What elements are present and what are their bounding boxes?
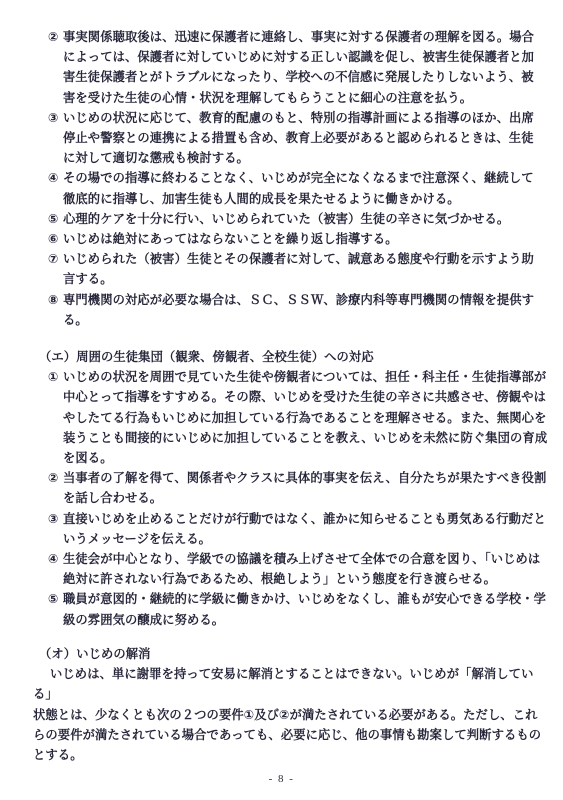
item-text: 直接いじめを止めることだけが行動ではなく、誰かに知らせることも勇気ある行動だと …: [63, 509, 553, 549]
item-text: いじめの状況に応じて、教育的配慮のもと、特別の指導計画による指導のほか、出席 停…: [63, 108, 553, 169]
item-text: その場での指導に終わることなく、いじめが完全になくなるまで注意深く、継続して 徹…: [63, 168, 553, 208]
document-page: ② 事実関係聴取後は、迅速に保護者に連絡し、事実に対する保護者の理解を図る。場合…: [0, 0, 563, 800]
numbered-list-section-e: ① いじめの状況を周囲で見ていた生徒や傍観者については、担任・科主任・生徒指導部…: [0, 367, 563, 630]
numbered-list-top: ② 事実関係聴取後は、迅速に保護者に連絡し、事実に対する保護者の理解を図る。場合…: [0, 27, 563, 330]
list-item: ⑤ 職員が意図的・継続的に学級に働きかけ、いじめをなくし、誰もが安心できる学校・…: [0, 589, 563, 629]
item-text: いじめられた（被害）生徒とその保護者に対して、誠意ある態度や行動を示すよう助 言…: [63, 249, 553, 289]
item-text: 事実関係聴取後は、迅速に保護者に連絡し、事実に対する保護者の理解を図る。場合 に…: [63, 27, 553, 108]
section-heading-o: （オ）いじめの解消: [0, 644, 563, 664]
item-number: ①: [48, 367, 63, 468]
list-item: ④ 生徒会が中心となり、学級での協議を積み上げさせて全体での合意を図り、「いじめ…: [0, 549, 563, 589]
item-text: 専門機関の対応が必要な場合は、ＳＣ、ＳＳＷ、診療内科等専門機関の情報を提供す る…: [63, 290, 553, 330]
item-text: 職員が意図的・継続的に学級に働きかけ、いじめをなくし、誰もが安心できる学校・学 …: [63, 589, 553, 629]
item-number: ⑥: [48, 229, 63, 249]
item-text: いじめは絶対にあってはならないことを繰り返し指導する。: [63, 229, 553, 249]
list-item: ② 事実関係聴取後は、迅速に保護者に連絡し、事実に対する保護者の理解を図る。場合…: [0, 27, 563, 108]
list-item: ① いじめの状況を周囲で見ていた生徒や傍観者については、担任・科主任・生徒指導部…: [0, 367, 563, 468]
section-paragraph: いじめは、単に謝罪を持って安易に解消とすることはできない。いじめが「解消している…: [33, 664, 549, 765]
page-number: - 8 -: [0, 769, 563, 789]
list-item: ③ いじめの状況に応じて、教育的配慮のもと、特別の指導計画による指導のほか、出席…: [0, 108, 563, 169]
item-number: ⑤: [48, 589, 63, 629]
item-text: いじめの状況を周囲で見ていた生徒や傍観者については、担任・科主任・生徒指導部が …: [63, 367, 553, 468]
list-item: ⑦ いじめられた（被害）生徒とその保護者に対して、誠意ある態度や行動を示すよう助…: [0, 249, 563, 289]
section-heading-e: （エ）周囲の生徒集団（観衆、傍観者、全校生徒）への対応: [0, 347, 563, 367]
item-number: ③: [48, 108, 63, 169]
item-number: ②: [48, 468, 63, 508]
item-number: ④: [48, 168, 63, 208]
item-number: ③: [48, 509, 63, 549]
list-item: ⑧ 専門機関の対応が必要な場合は、ＳＣ、ＳＳＷ、診療内科等専門機関の情報を提供す…: [0, 290, 563, 330]
item-text: 当事者の了解を得て、関係者やクラスに具体的事実を伝え、自分たちが果たすべき役割 …: [63, 468, 553, 508]
item-number: ⑦: [48, 249, 63, 289]
list-item: ⑤ 心理的ケアを十分に行い、いじめられていた（被害）生徒の辛さに気づかせる。: [0, 209, 563, 229]
item-number: ②: [48, 27, 63, 108]
list-item: ③ 直接いじめを止めることだけが行動ではなく、誰かに知らせることも勇気ある行動だ…: [0, 509, 563, 549]
list-item: ⑥ いじめは絶対にあってはならないことを繰り返し指導する。: [0, 229, 563, 249]
item-number: ⑧: [48, 290, 63, 330]
item-text: 生徒会が中心となり、学級での協議を積み上げさせて全体での合意を図り、「いじめは …: [63, 549, 553, 589]
item-number: ⑤: [48, 209, 63, 229]
item-number: ④: [48, 549, 63, 589]
list-item: ④ その場での指導に終わることなく、いじめが完全になくなるまで注意深く、継続して…: [0, 168, 563, 208]
item-text: 心理的ケアを十分に行い、いじめられていた（被害）生徒の辛さに気づかせる。: [63, 209, 553, 229]
list-item: ② 当事者の了解を得て、関係者やクラスに具体的事実を伝え、自分たちが果たすべき役…: [0, 468, 563, 508]
